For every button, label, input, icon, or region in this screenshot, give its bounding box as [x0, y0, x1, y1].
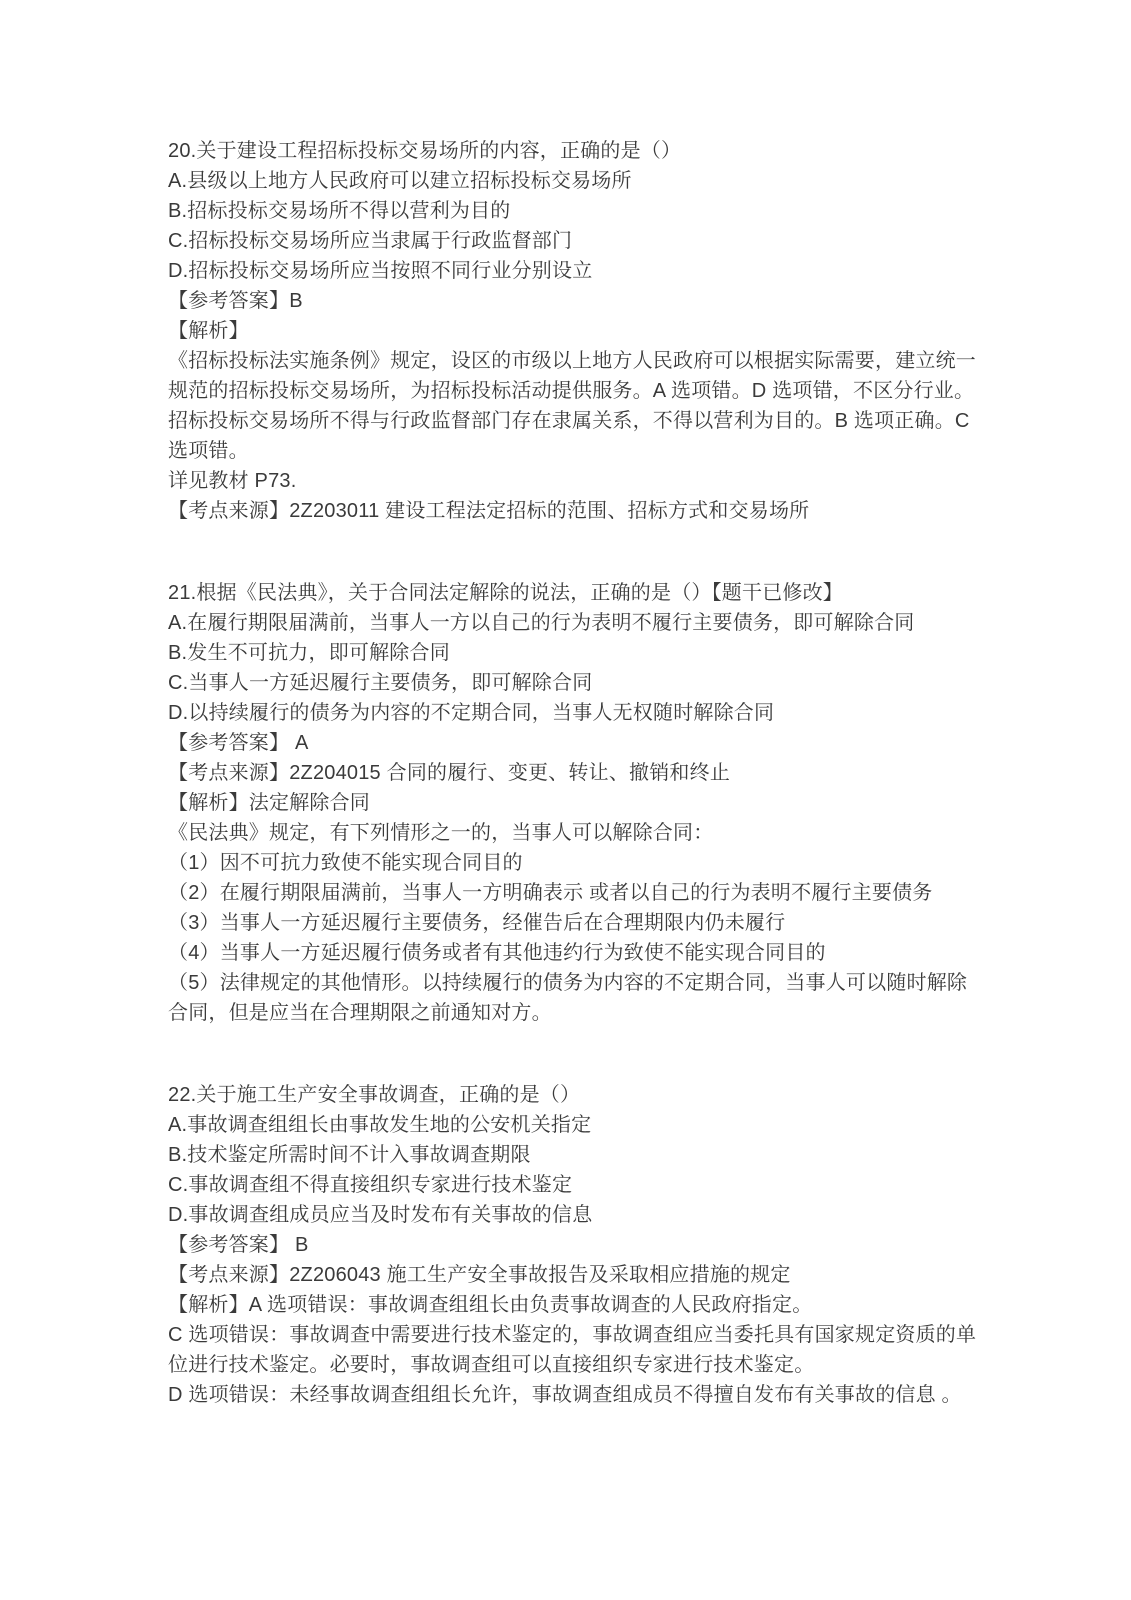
analysis-list-item: （3）当事人一方延迟履行主要债务，经催告后在合理期限内仍未履行 — [168, 908, 971, 938]
analysis-line: 《民法典》规定，有下列情形之一的，当事人可以解除合同： — [168, 818, 971, 848]
reference-answer: 【参考答案】 A — [168, 728, 971, 758]
analysis-list-item: （1）因不可抗力致使不能实现合同目的 — [168, 848, 971, 878]
option-b: B.技术鉴定所需时间不计入事故调查期限 — [168, 1140, 971, 1170]
analysis-line: 选项错。 — [168, 436, 971, 466]
analysis-line: 规范的招标投标交易场所，为招标投标活动提供服务。A 选项错。D 选项错，不区分行… — [168, 376, 971, 406]
analysis-line: 【解析】A 选项错误：事故调查组组长由负责事故调查的人民政府指定。 — [168, 1290, 971, 1320]
exam-point-source: 【考点来源】2Z206043 施工生产安全事故报告及采取相应措施的规定 — [168, 1260, 971, 1290]
question-22: 22.关于施工生产安全事故调查，正确的是（） A.事故调查组组长由事故发生地的公… — [168, 1080, 971, 1410]
analysis-list-item: （5）法律规定的其他情形。以持续履行的债务为内容的不定期合同，当事人可以随时解除 — [168, 968, 971, 998]
option-a: A.县级以上地方人民政府可以建立招标投标交易场所 — [168, 166, 971, 196]
option-b: B.招标投标交易场所不得以营利为目的 — [168, 196, 971, 226]
question-21: 21.根据《民法典》，关于合同法定解除的说法，正确的是（）【题干已修改】 A.在… — [168, 578, 971, 1028]
analysis-heading: 【解析】法定解除合同 — [168, 788, 971, 818]
analysis-list-item: （4）当事人一方延迟履行债务或者有其他违约行为致使不能实现合同目的 — [168, 938, 971, 968]
option-b: B.发生不可抗力，即可解除合同 — [168, 638, 971, 668]
question-title: 21.根据《民法典》，关于合同法定解除的说法，正确的是（）【题干已修改】 — [168, 578, 971, 608]
exam-point-source: 【考点来源】2Z203011 建设工程法定招标的范围、招标方式和交易场所 — [168, 496, 971, 526]
option-d: D.招标投标交易场所应当按照不同行业分别设立 — [168, 256, 971, 286]
option-a: A.在履行期限届满前，当事人一方以自己的行为表明不履行主要债务，即可解除合同 — [168, 608, 971, 638]
analysis-heading: 【解析】 — [168, 316, 971, 346]
option-c: C.事故调查组不得直接组织专家进行技术鉴定 — [168, 1170, 971, 1200]
analysis-line: 合同，但是应当在合理期限之前通知对方。 — [168, 998, 971, 1028]
option-a: A.事故调查组组长由事故发生地的公安机关指定 — [168, 1110, 971, 1140]
question-title: 22.关于施工生产安全事故调查，正确的是（） — [168, 1080, 971, 1110]
question-20: 20.关于建设工程招标投标交易场所的内容，正确的是（） A.县级以上地方人民政府… — [168, 136, 971, 526]
option-d: D.事故调查组成员应当及时发布有关事故的信息 — [168, 1200, 971, 1230]
exam-document: 20.关于建设工程招标投标交易场所的内容，正确的是（） A.县级以上地方人民政府… — [0, 0, 1131, 1600]
option-c: C.当事人一方延迟履行主要债务，即可解除合同 — [168, 668, 971, 698]
analysis-line: C 选项错误：事故调查中需要进行技术鉴定的，事故调查组应当委托具有国家规定资质的… — [168, 1320, 971, 1350]
analysis-line: 位进行技术鉴定。必要时，事故调查组可以直接组织专家进行技术鉴定。 — [168, 1350, 971, 1380]
reference-answer: 【参考答案】B — [168, 286, 971, 316]
exam-point-source: 【考点来源】2Z204015 合同的履行、变更、转让、撤销和终止 — [168, 758, 971, 788]
analysis-line: 《招标投标法实施条例》规定，设区的市级以上地方人民政府可以根据实际需要，建立统一 — [168, 346, 971, 376]
textbook-reference: 详见教材 P73. — [168, 466, 971, 496]
analysis-line: 招标投标交易场所不得与行政监督部门存在隶属关系，不得以营利为目的。B 选项正确。… — [168, 406, 971, 436]
option-d: D.以持续履行的债务为内容的不定期合同，当事人无权随时解除合同 — [168, 698, 971, 728]
option-c: C.招标投标交易场所应当隶属于行政监督部门 — [168, 226, 971, 256]
question-title: 20.关于建设工程招标投标交易场所的内容，正确的是（） — [168, 136, 971, 166]
reference-answer: 【参考答案】 B — [168, 1230, 971, 1260]
analysis-list-item: （2）在履行期限届满前，当事人一方明确表示 或者以自己的行为表明不履行主要债务 — [168, 878, 971, 908]
analysis-line: D 选项错误：未经事故调查组组长允许，事故调查组成员不得擅自发布有关事故的信息 … — [168, 1380, 971, 1410]
